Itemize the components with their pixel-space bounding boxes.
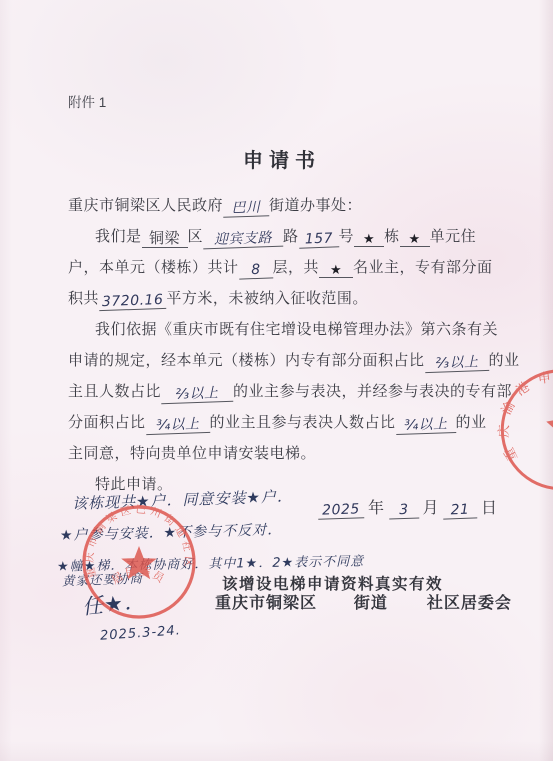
- body-text: 的业: [456, 414, 487, 431]
- ratio2-fill: ⅔以上: [161, 386, 234, 404]
- handwritten-sign-date: 2025.3-24.: [100, 623, 182, 644]
- handwritten-note-2: ★户参与安装．★不参与不反对．: [60, 519, 283, 545]
- floors-fill: 8: [238, 262, 273, 279]
- body-line-5: 申请的规定，经本单元（楼栋）内专有部分面积占比⅔以上的业: [68, 352, 520, 372]
- salutation-pre: 重庆市铜梁区人民政府: [68, 197, 223, 214]
- salutation-post: 街道办事处：: [269, 197, 362, 214]
- stamp-star-tip-icon: [545, 416, 553, 436]
- street-number-fill: 157: [298, 231, 339, 248]
- ratio1-fill: ⅔以上: [424, 355, 489, 373]
- org-district: 重庆市铜梁区: [215, 595, 317, 612]
- month-label: 月: [423, 499, 440, 518]
- body-text: 我们是: [95, 228, 142, 245]
- document-title: 申请书: [243, 144, 321, 173]
- body-text: 积共: [68, 290, 99, 307]
- body-text: 栋: [384, 228, 400, 245]
- body-text: 主且人数占比: [68, 383, 161, 400]
- body-line-6: 主且人数占比⅔以上的业主参与表决，并经参与表决的专有部: [68, 383, 512, 403]
- salutation-line: 重庆市铜梁区人民政府巴川街道办事处：: [68, 197, 362, 217]
- office-name-fill: 巴川: [223, 200, 270, 217]
- body-text: 平方米，未被纳入征收范围。: [166, 290, 368, 307]
- date-line: 2025 年 3 月 21 日: [318, 499, 498, 518]
- body-text: 号: [339, 228, 355, 245]
- body-line-8: 主同意，特向贵单位申请安装电梯。: [68, 445, 316, 463]
- district-fill: 铜梁: [142, 231, 188, 248]
- month-fill: 3: [388, 502, 419, 519]
- day-label: 日: [481, 499, 498, 518]
- body-text: 单元住: [430, 228, 477, 245]
- body-text: 区: [188, 228, 204, 245]
- company-stamp: 重庆渝港申梯: [484, 353, 553, 511]
- unit-redaction-star: ★: [400, 232, 430, 247]
- body-line-3: 积共3720.16平方米，未被纳入征收范围。: [68, 290, 368, 310]
- body-text: 申请的规定，经本单元（楼栋）内专有部分面积占比: [68, 352, 425, 369]
- body-text: 的业主且参与表决人数占比: [210, 414, 396, 431]
- body-line-1: 我们是铜梁区迎宾支路路157号★栋★单元住: [95, 228, 476, 248]
- street-fill: 迎宾支路: [203, 231, 283, 249]
- year-label: 年: [368, 499, 385, 518]
- body-text: 户，本单元（楼栋）共计: [68, 259, 239, 276]
- day-fill: 21: [443, 502, 478, 519]
- ratio3-fill: ¾以上: [145, 417, 210, 435]
- ratio4-fill: ¾以上: [395, 417, 456, 435]
- year-fill: 2025: [318, 502, 365, 519]
- area-fill: 3720.16: [99, 293, 167, 311]
- body-line-4: 我们依据《重庆市既有住宅增设电梯管理办法》第六条有关: [95, 321, 498, 339]
- body-text: 层，共: [273, 259, 320, 276]
- org-street-label: 街道: [354, 595, 388, 612]
- building-redaction-star: ★: [354, 232, 384, 247]
- attachment-label: 附件 1: [68, 91, 106, 111]
- org-line: 重庆市铜梁区 街道 社区居委会: [215, 590, 512, 613]
- body-text: 路: [283, 228, 299, 245]
- body-text: 的业主参与表决，并经参与表决的专有部: [233, 383, 512, 400]
- owners-redaction-star: ★: [319, 263, 353, 278]
- body-text: 的业: [489, 352, 520, 369]
- body-text: 名业主，专有部分面: [353, 259, 493, 276]
- body-line-7: 分面积占比¾以上的业主且参与表决人数占比¾以上的业: [68, 414, 487, 434]
- body-line-2: 户，本单元（楼栋）共计8层，共★名业主，专有部分面: [68, 259, 493, 279]
- org-community-label: 社区居委会: [427, 595, 512, 612]
- body-text: 分面积占比: [68, 414, 146, 431]
- handwritten-signature: 任★．: [81, 585, 148, 622]
- scanned-application-document: 附件 1 申请书 重庆市铜梁区人民政府巴川街道办事处： 我们是铜梁区迎宾支路路1…: [0, 0, 553, 761]
